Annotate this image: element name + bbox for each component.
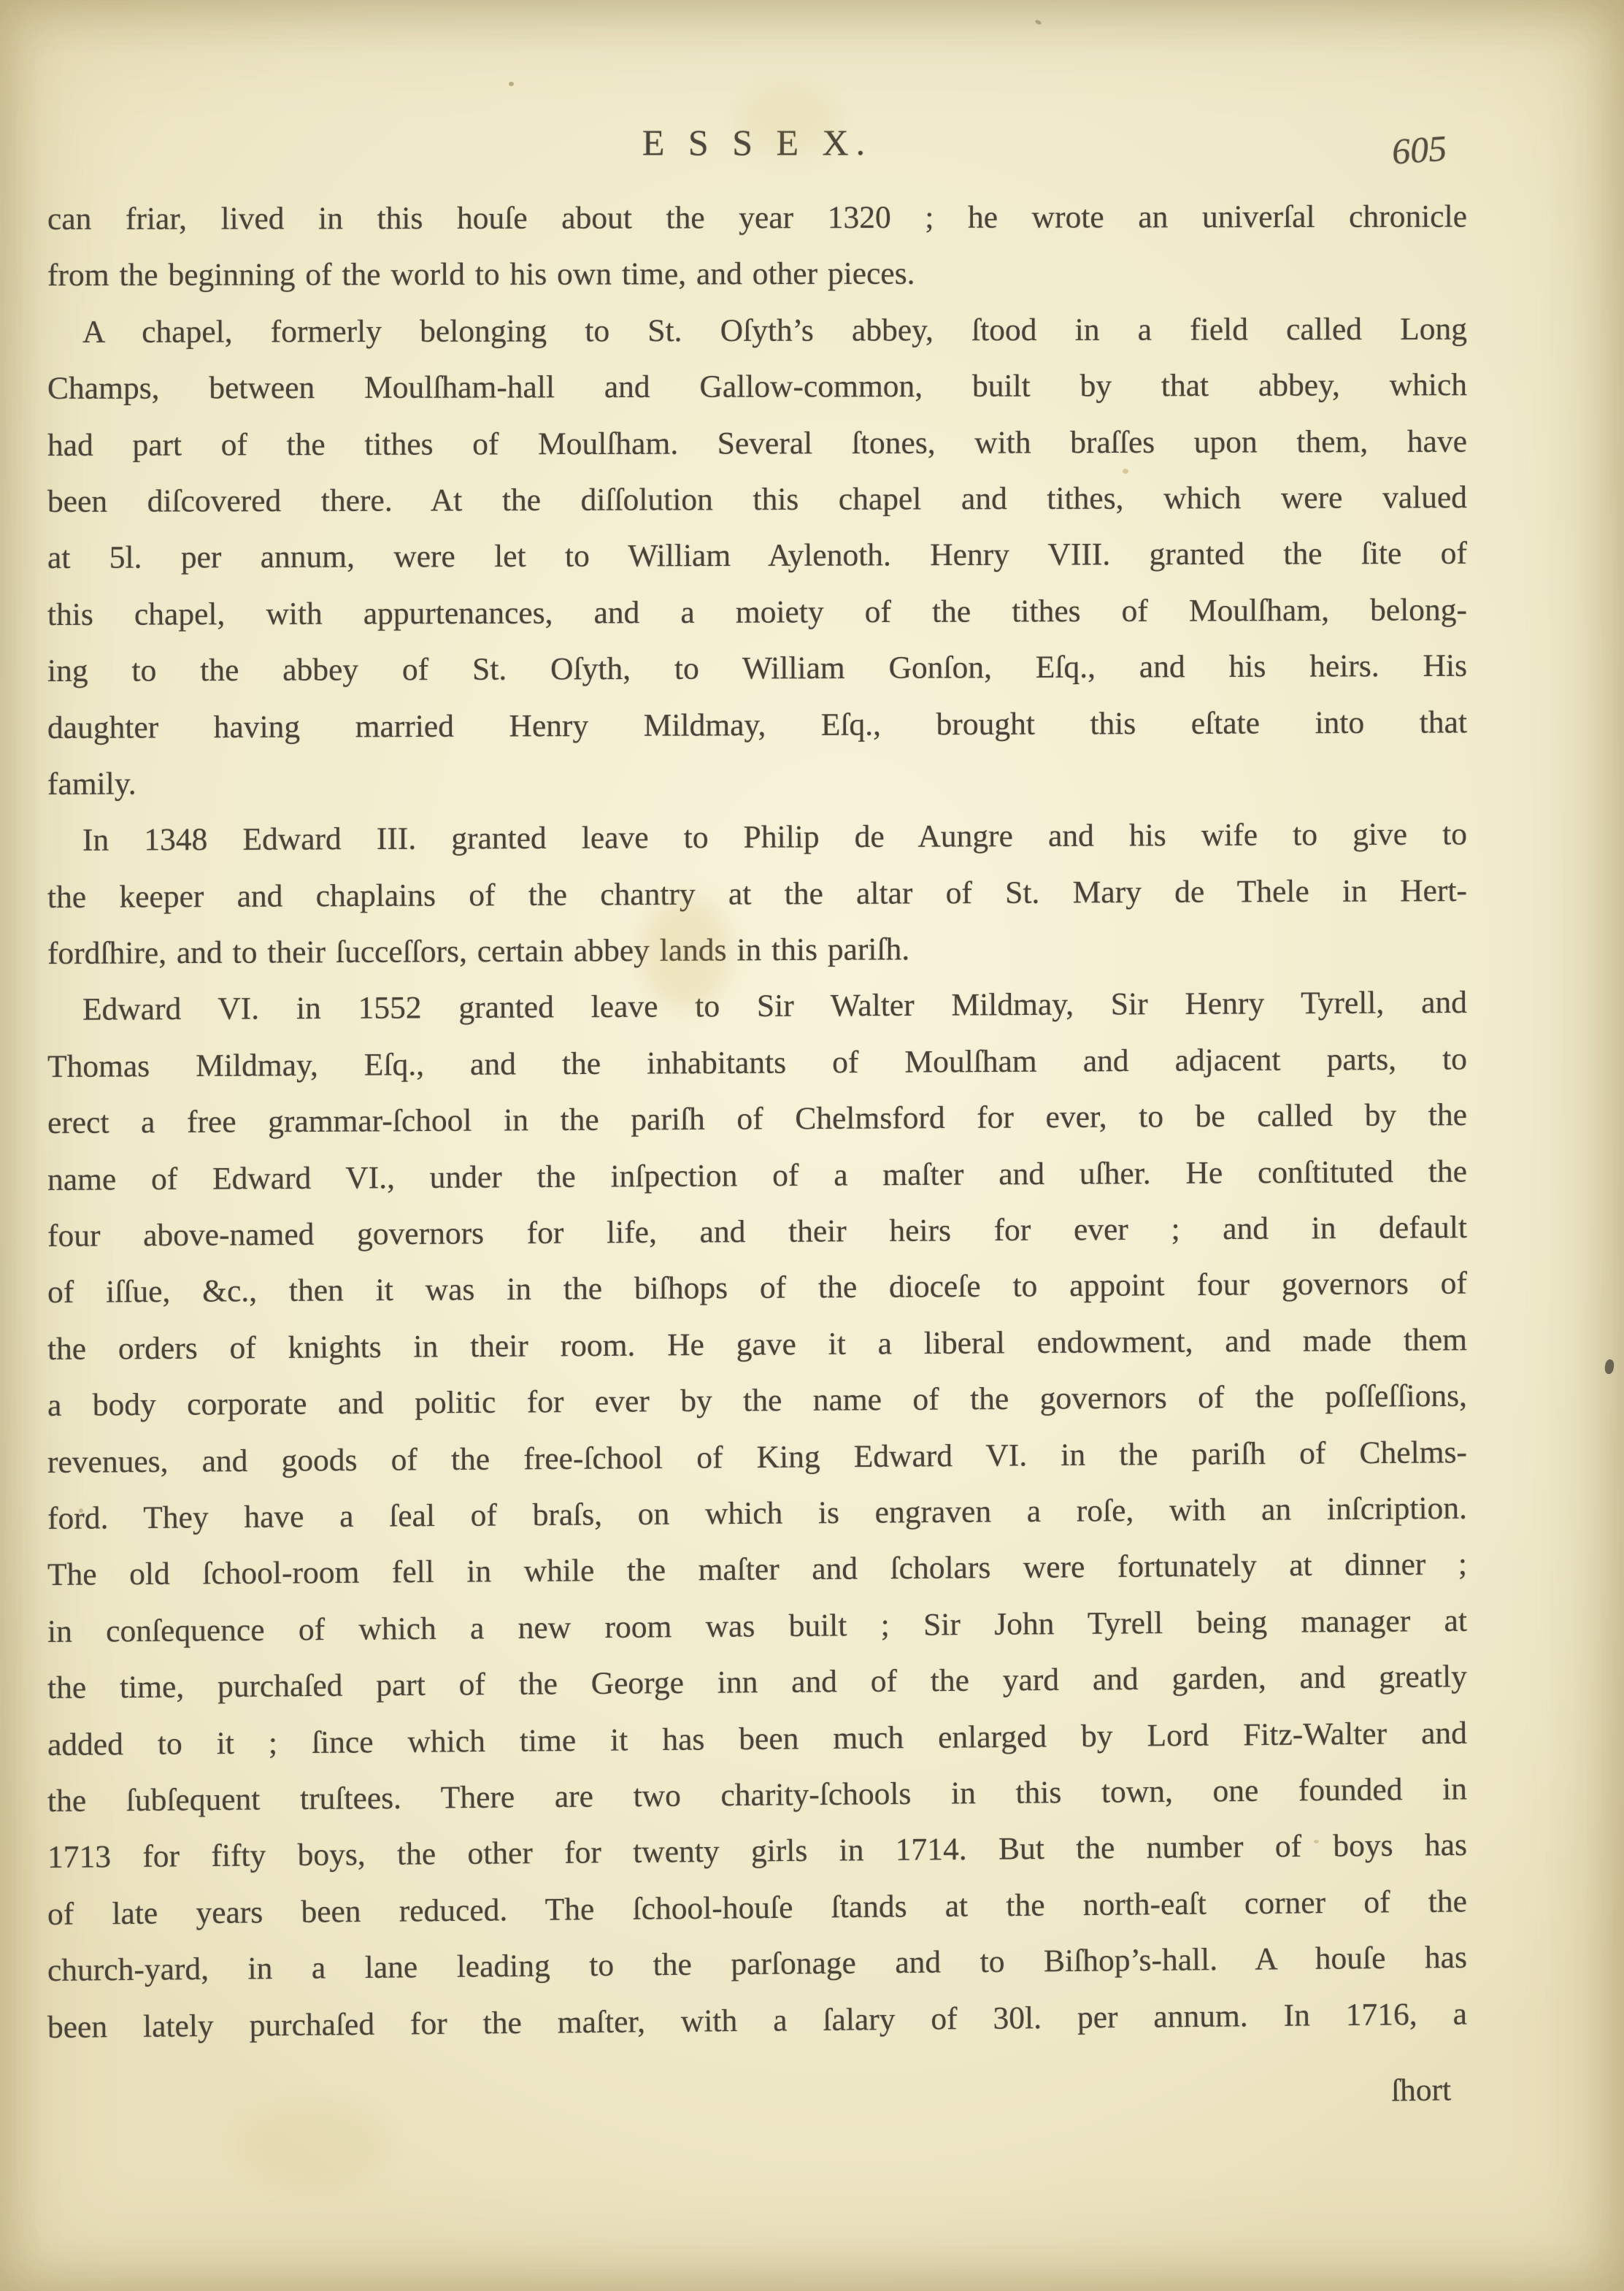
- text-line: ing to the abbey of St. Oſyth, to Willia…: [47, 638, 1467, 700]
- text-line: Thomas Mildmay, Eſq., and the inhabitant…: [47, 1031, 1467, 1095]
- text-line: daughter having married Henry Mildmay, E…: [47, 694, 1467, 756]
- text-line: four above-named governors for life, and…: [47, 1200, 1467, 1265]
- text-line: of iſſue, &c., then it was in the biſhop…: [47, 1256, 1467, 1321]
- text-line: a body corporate and politic for ever by…: [47, 1368, 1467, 1435]
- text-line: at 5l. per annum, were let to William Ay…: [47, 526, 1467, 587]
- ink-blot: [1604, 1359, 1615, 1374]
- text-line: The old ſchool-room fell in while the ma…: [47, 1537, 1468, 1604]
- text-line: name of Edward VI., under the inſpection…: [47, 1143, 1467, 1208]
- book-page: E S S E X. 605 can friar, lived in this …: [0, 0, 1624, 2291]
- paper-speck: [1034, 19, 1042, 25]
- text-line: had part of the tithes of Moulſham. Seve…: [47, 413, 1467, 474]
- paper-speck: [509, 82, 514, 86]
- text-line: A chapel, formerly belonging to St. Oſyt…: [47, 301, 1467, 361]
- page-header: E S S E X. 605: [47, 115, 1467, 181]
- text-line: the orders of knights in their room. He …: [47, 1312, 1467, 1378]
- text-line: Edward VI. in 1552 granted leave to Sir …: [47, 975, 1467, 1038]
- text-line: erect a free grammar-ſchool in the pariſ…: [47, 1087, 1467, 1151]
- running-title: E S S E X.: [47, 121, 1467, 164]
- text-line: family.: [47, 751, 1467, 813]
- text-line: In 1348 Edward III. granted leave to Phi…: [47, 807, 1467, 870]
- text-line: from the beginning of the world to his o…: [47, 245, 1467, 304]
- text-line: been diſcovered there. At the diſſolutio…: [47, 469, 1467, 530]
- text-line: revenues, and goods of the free-ſchool o…: [47, 1424, 1468, 1491]
- page-number: 605: [1390, 126, 1448, 172]
- text-line: Champs, between Moulſham-hall and Gallow…: [47, 357, 1467, 417]
- catchword: ſhort: [1390, 2071, 1451, 2108]
- text-line: this chapel, with appurtenances, and a m…: [47, 582, 1467, 643]
- text-line: fordſhire, and to their ſucceſſors, cert…: [47, 919, 1467, 983]
- text-line: the keeper and chaplains of the chantry …: [47, 863, 1467, 926]
- catchword-row: ſhort: [47, 2072, 1467, 2130]
- body-text: can friar, lived in this houſe about the…: [47, 191, 1467, 2056]
- text-line: can friar, lived in this houſe about the…: [47, 189, 1467, 248]
